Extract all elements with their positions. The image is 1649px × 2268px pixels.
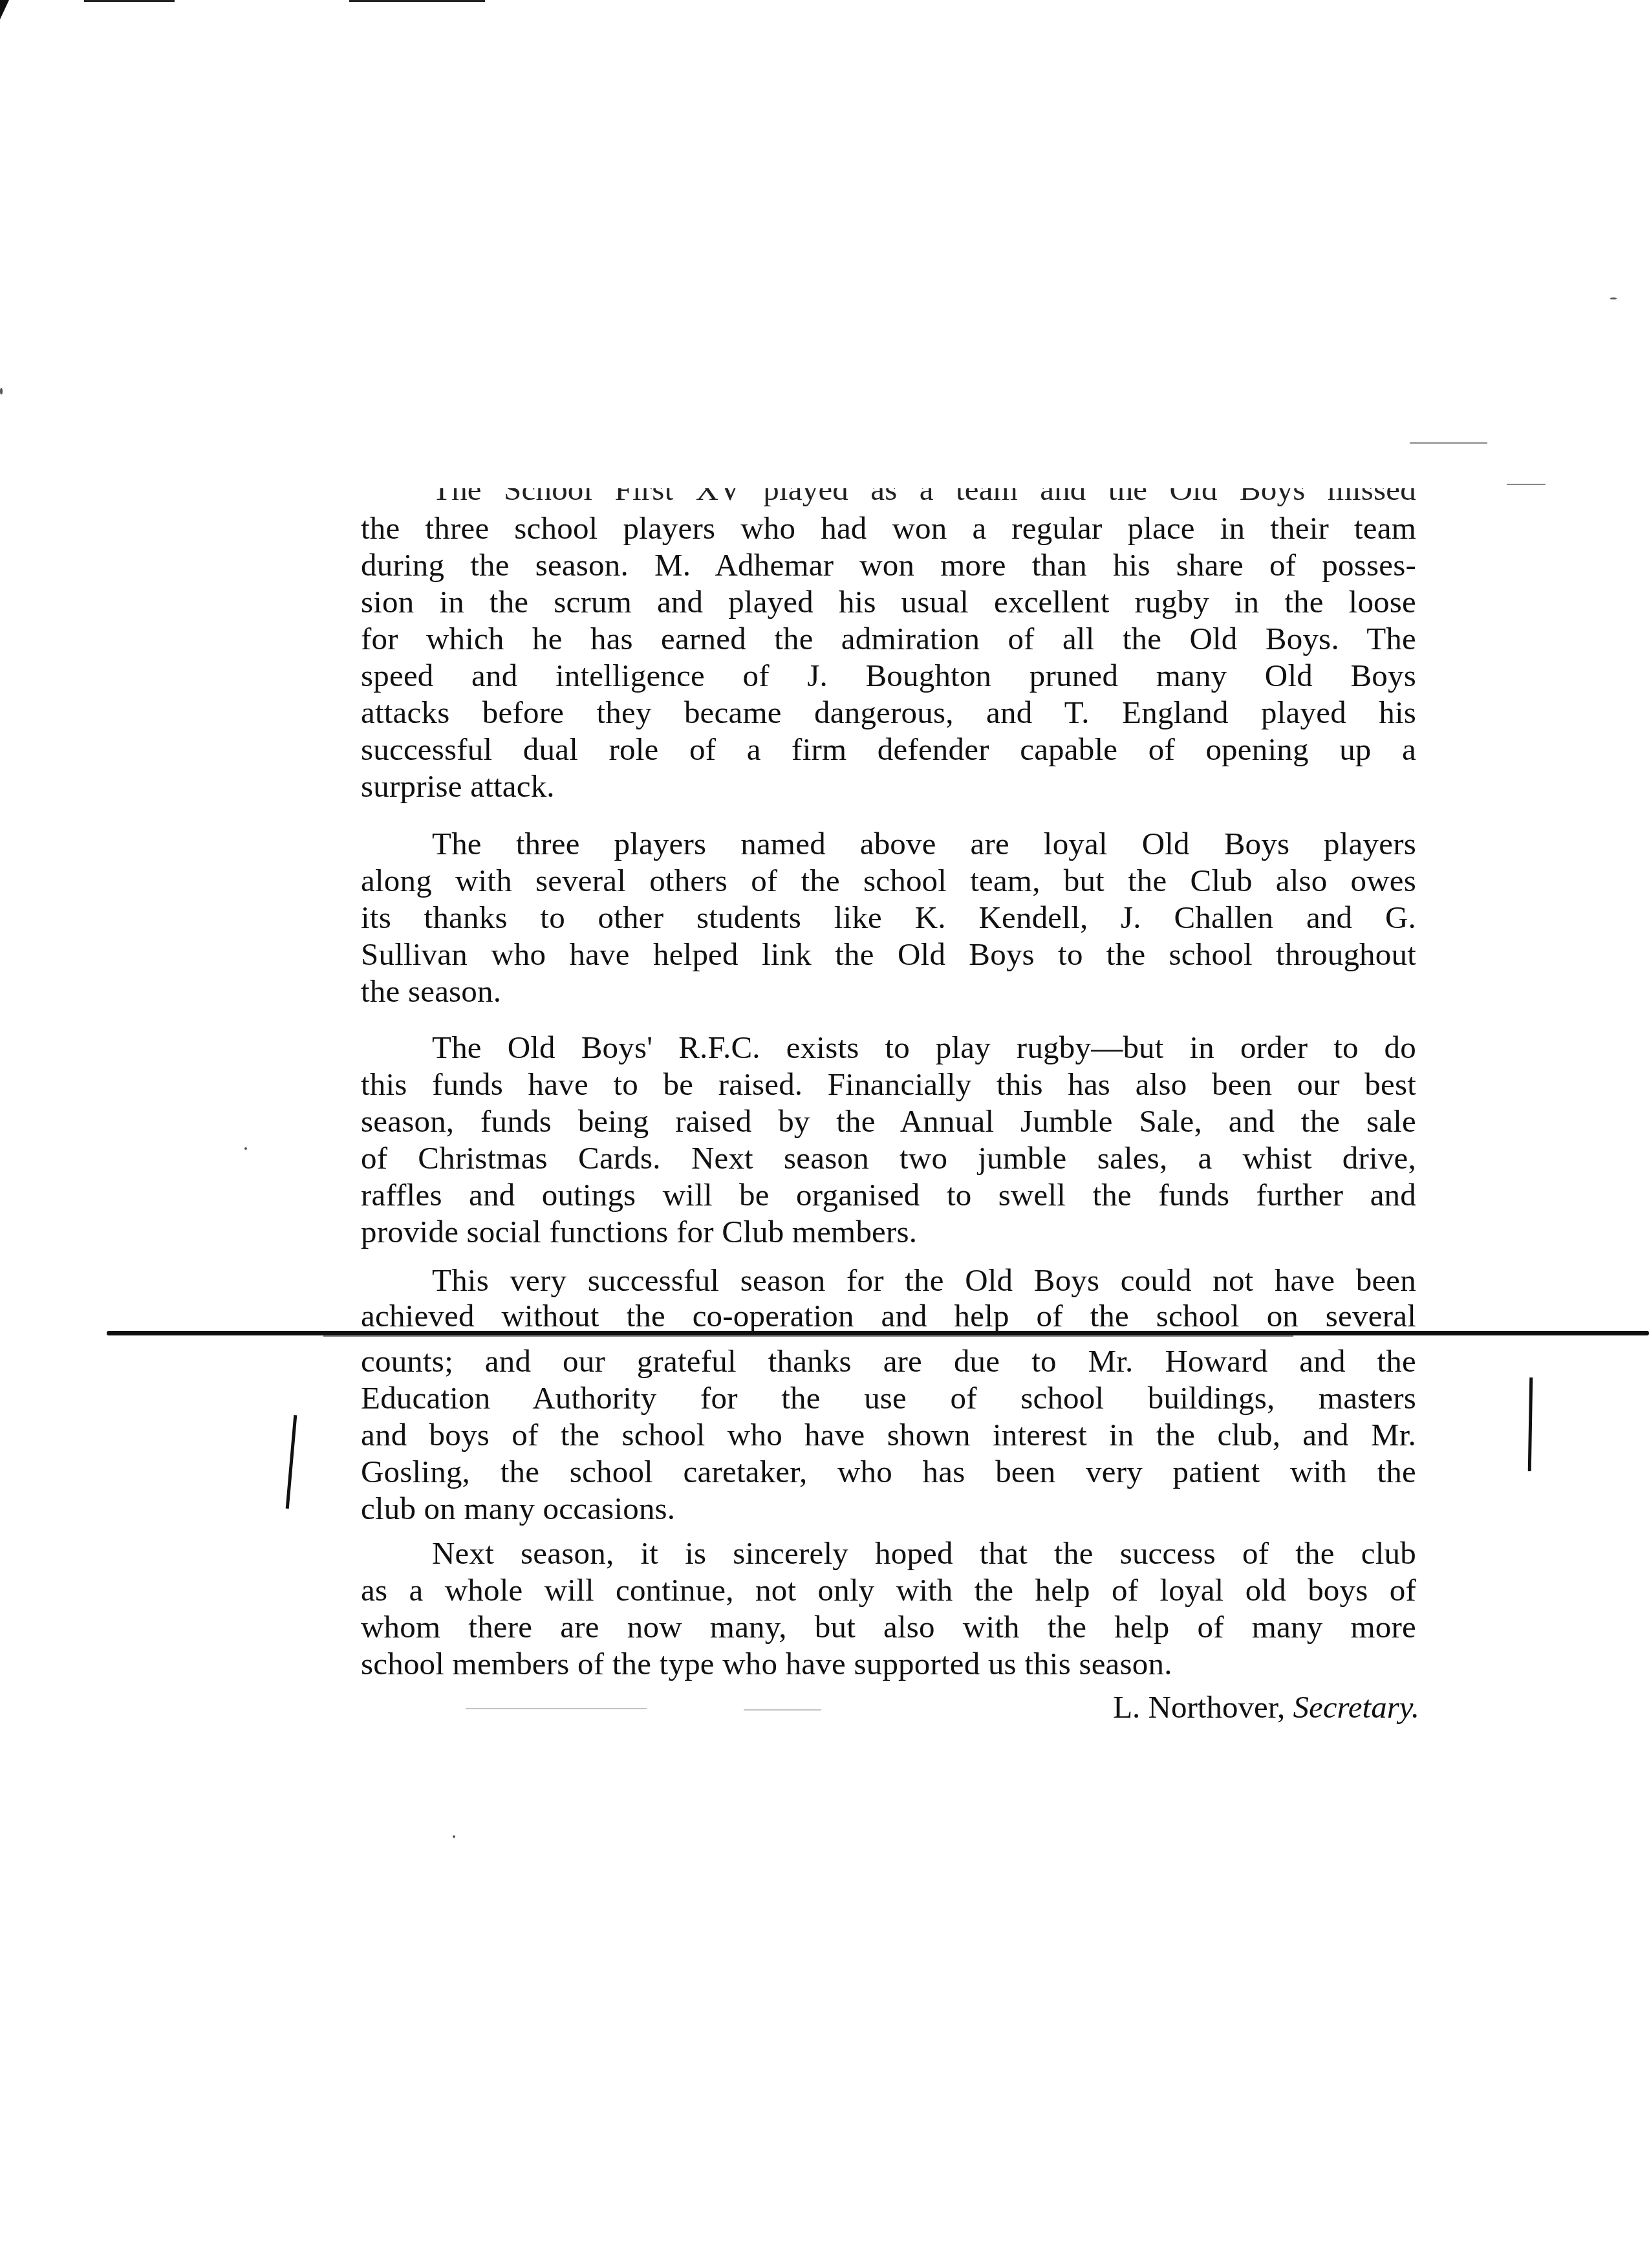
scan-dash-mark (466, 1708, 647, 1709)
text-line: this funds have to be raised. Financiall… (361, 1065, 1416, 1104)
margin-mark-right (1528, 1377, 1533, 1471)
text-line: season, funds being raised by the Annual… (361, 1102, 1416, 1141)
text-line: achieved without the co-operation and he… (361, 1297, 1416, 1335)
text-line: provide social functions for Club member… (361, 1213, 1416, 1251)
text-line: whom there are now many, but also with t… (361, 1608, 1416, 1647)
scanned-page: The School First XV played as a team and… (0, 0, 1649, 2268)
scan-dash-mark (744, 1709, 821, 1711)
text-line: attacks before they became dangerous, an… (361, 693, 1416, 732)
text-line: for which he has earned the admiration o… (361, 620, 1416, 658)
scan-speck (244, 1147, 247, 1150)
text-line: club on many occasions. (361, 1489, 1416, 1528)
text-line: raffles and outings will be organised to… (361, 1176, 1416, 1215)
text-line: The School First XV played as a team and… (432, 470, 1416, 509)
signature-title: Secretary. (1293, 1689, 1419, 1725)
text-line: and boys of the school who have shown in… (361, 1416, 1416, 1454)
text-line: as a whole will continue, not only with … (361, 1571, 1416, 1610)
text-line: during the season. M. Adhemar won more t… (361, 546, 1416, 585)
text-line: of Christmas Cards. Next season two jumb… (361, 1139, 1416, 1178)
text-line: This very successful season for the Old … (432, 1261, 1416, 1300)
text-line: school members of the type who have supp… (361, 1645, 1416, 1683)
text-line: the season. (361, 972, 1416, 1011)
scan-top-edge-mark (349, 0, 485, 2)
margin-mark-left (286, 1415, 297, 1509)
text-line: successful dual role of a firm defender … (361, 730, 1416, 769)
text-line: the three school players who had won a r… (361, 509, 1416, 548)
text-line: The three players named above are loyal … (432, 825, 1416, 863)
scan-dash-mark (1507, 484, 1546, 485)
scan-fold-rule-shadow (323, 1335, 1293, 1337)
text-line: surprise attack. (361, 767, 1416, 806)
text-line: Education Authority for the use of schoo… (361, 1379, 1416, 1418)
text-line: counts; and our grateful thanks are due … (361, 1342, 1416, 1381)
scan-corner-mark (0, 0, 9, 19)
text-line: speed and intelligence of J. Boughton pr… (361, 656, 1416, 695)
text-line: along with several others of the school … (361, 861, 1416, 900)
text-line: its thanks to other students like K. Ken… (361, 898, 1416, 937)
scan-speck (453, 1835, 455, 1838)
signature: L. Northover, Secretary. (1113, 1688, 1419, 1727)
scan-top-edge-mark (84, 0, 175, 2)
scan-speck (0, 388, 3, 394)
scan-speck (1610, 297, 1617, 299)
text-line: sion in the scrum and played his usual e… (361, 583, 1416, 621)
text-line: Sullivan who have helped link the Old Bo… (361, 935, 1416, 974)
scan-dash-mark (1410, 442, 1487, 444)
text-line: Next season, it is sincerely hoped that … (432, 1534, 1416, 1573)
text-line: Gosling, the school caretaker, who has b… (361, 1453, 1416, 1491)
text-line: The Old Boys' R.F.C. exists to play rugb… (432, 1028, 1416, 1067)
signature-name: L. Northover, (1113, 1689, 1285, 1725)
